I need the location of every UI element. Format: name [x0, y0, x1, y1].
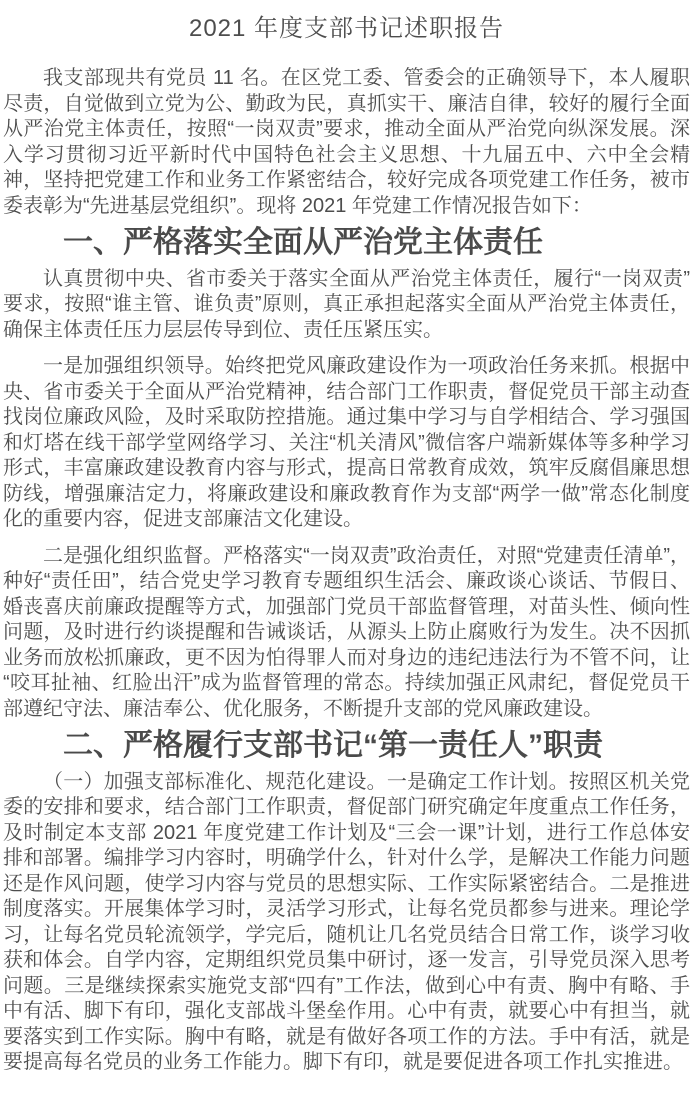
section-2-heading: 二、严格履行支部书记“第一责任人”职责: [3, 733, 690, 759]
body-paragraph: 二是强化组织监督。严格落实“一岗双责”政治责任，对照“党建责任清单”，种好“责任…: [3, 544, 690, 723]
intro-paragraph: 我支部现共有党员 11 名。在区党工委、管委会的正确领导下，本人履职尽责，自觉做…: [3, 66, 690, 219]
document-title: 2021 年度支部书记述职报告: [3, 12, 690, 46]
section-1-heading: 一、严格落实全面从严治党主体责任: [3, 230, 690, 256]
body-paragraph: 认真贯彻中央、省市委关于落实全面从严治党主体责任，履行“一岗双责”要求，按照“谁…: [3, 267, 690, 344]
document-page: 2021 年度支部书记述职报告 我支部现共有党员 11 名。在区党工委、管委会的…: [0, 0, 693, 1097]
body-paragraph: 一是加强组织领导。始终把党风廉政建设作为一项政治任务来抓。根据中央、省市委关于全…: [3, 354, 690, 533]
body-paragraph: （一）加强支部标准化、规范化建设。一是确定工作计划。按照区机关党委的安排和要求，…: [3, 770, 690, 1076]
